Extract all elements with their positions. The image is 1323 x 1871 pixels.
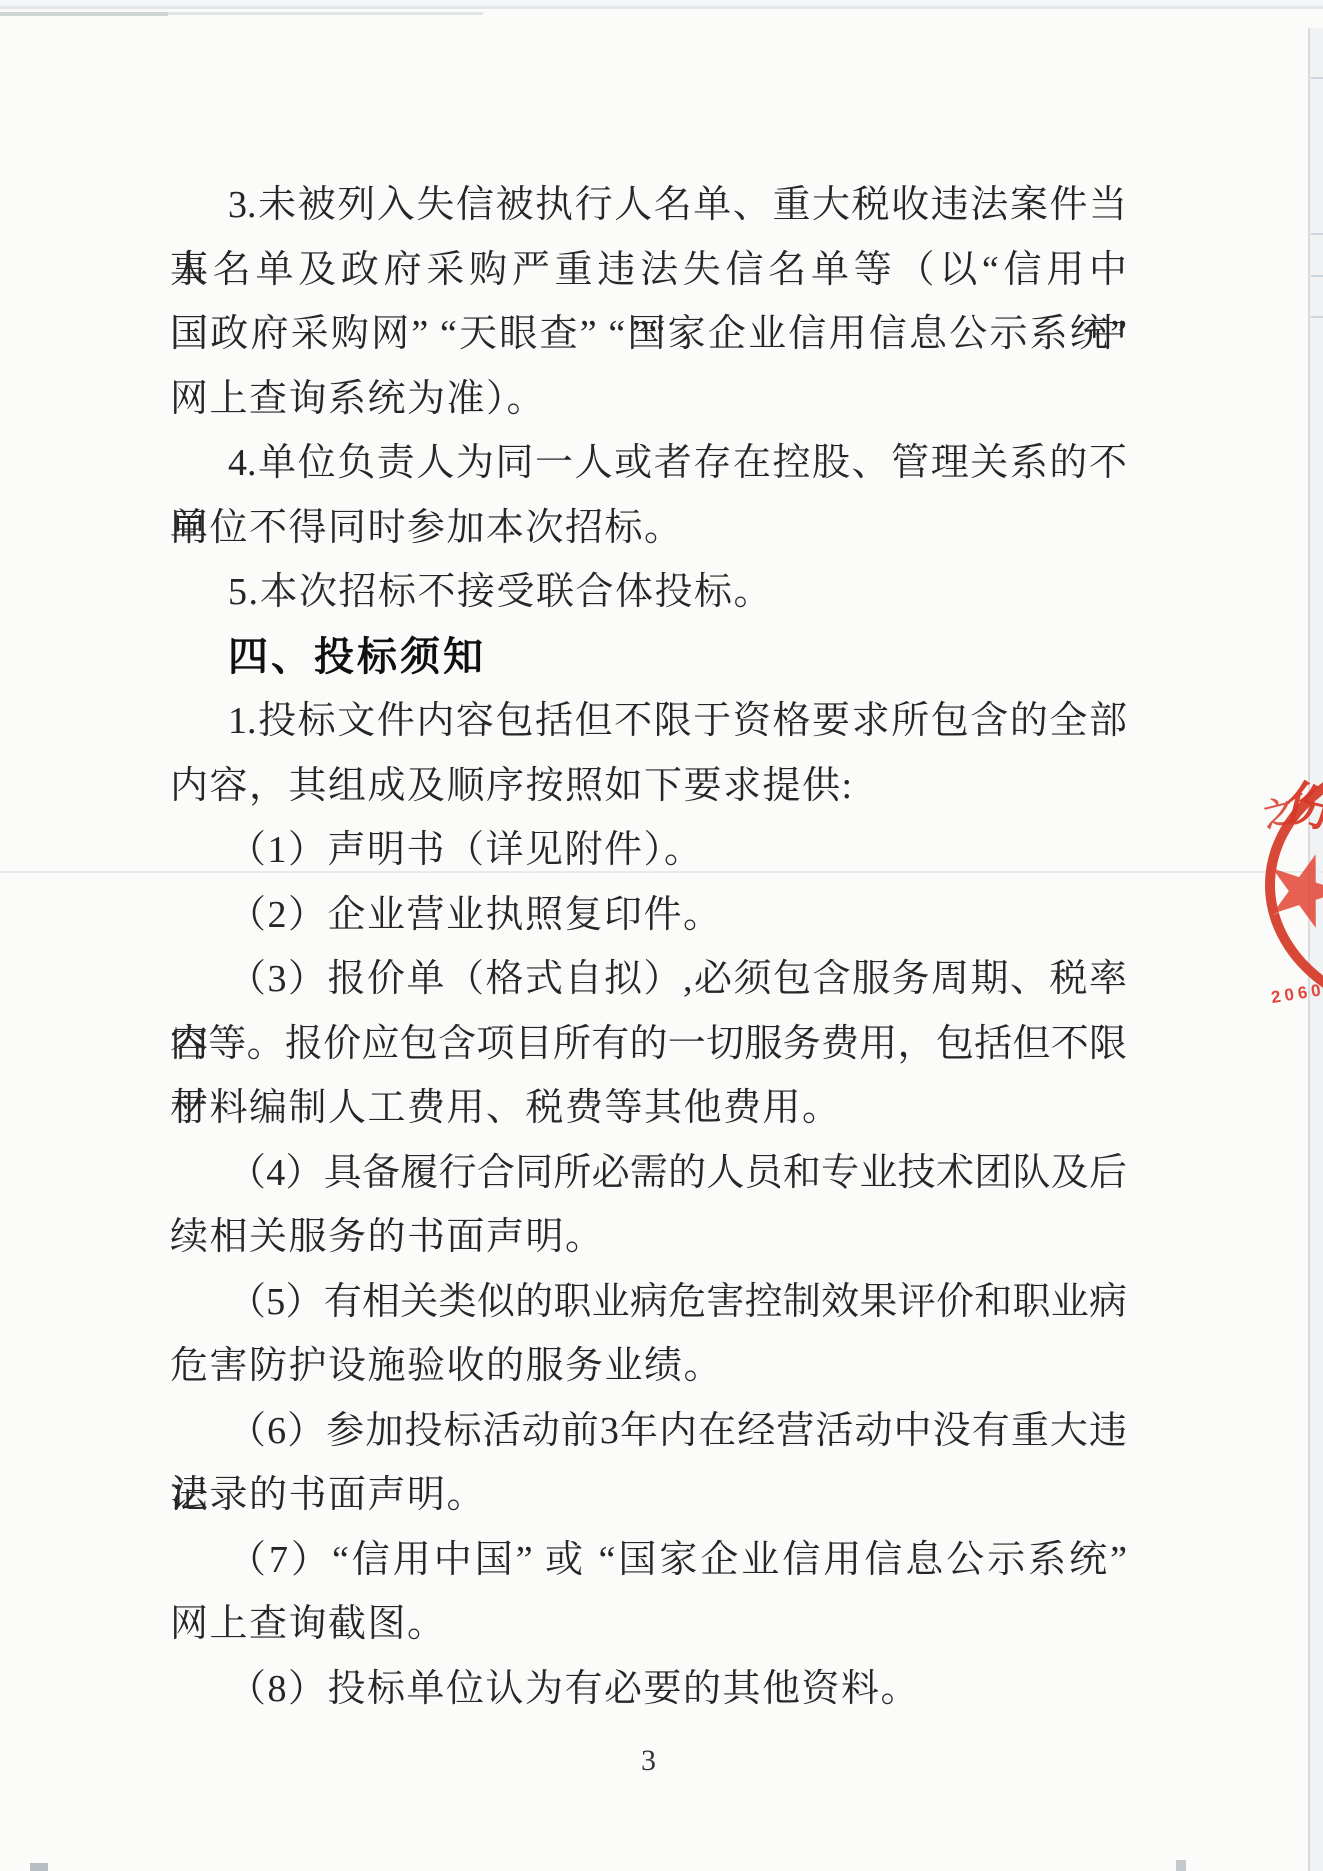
- underlying-page-rule: [1311, 233, 1323, 235]
- scan-edge-bottom-mark: [30, 1863, 48, 1871]
- scan-edge-top-line: [0, 6, 1323, 9]
- underlying-page-rule: [1311, 77, 1323, 79]
- text-line: （6）参加投标活动前3年内在经营活动中没有重大违法: [170, 1399, 1127, 1464]
- text-line: 国政府采购网” “天眼查” “国家企业信用信息公示系统”: [170, 302, 1127, 367]
- scan-edge-top-mark: [0, 12, 168, 16]
- text-line: 人名单及政府采购严重违法失信名单等（以“信用中国”“中: [170, 238, 1127, 303]
- text-line: （2）企业营业执照复印件。: [170, 883, 1127, 948]
- text-line: 网上查询截图。: [170, 1592, 1127, 1657]
- document-body: 3.未被列入失信被执行人名单、重大税收违法案件当事人名单及政府采购严重违法失信名…: [170, 173, 1127, 1721]
- page-number: 3: [170, 1744, 1127, 1778]
- text-line: 1.投标文件内容包括但不限于资格要求所包含的全部: [170, 689, 1127, 754]
- text-line: 5.本次招标不接受联合体投标。: [170, 560, 1127, 625]
- scan-edge-bottom-mark2: [1176, 1860, 1186, 1871]
- text-line: （8）投标单位认为有必要的其他资料。: [170, 1657, 1127, 1722]
- text-line: 记录的书面声明。: [170, 1463, 1127, 1528]
- text-line: （1）声明书（详见附件）。: [170, 818, 1127, 883]
- star-icon: ★: [1248, 829, 1323, 951]
- text-line: 4.单位负责人为同一人或者存在控股、管理关系的不同: [170, 431, 1127, 496]
- text-line: 网上查询系统为准）。: [170, 367, 1127, 432]
- underlying-page-rule: [1311, 275, 1323, 277]
- seal-number: 2060: [1270, 980, 1323, 1008]
- scan-edge-top-mark2: [168, 12, 483, 15]
- text-line: 容等。报价应包含项目所有的一切服务费用，包括但不限于: [170, 1012, 1127, 1077]
- text-line: （4）具备履行合同所必需的人员和专业技术团队及后: [170, 1141, 1127, 1206]
- red-seal-stamp: 之 份 ★ 2060: [1239, 752, 1323, 1024]
- text-line: 材料编制人工费用、税费等其他费用。: [170, 1076, 1127, 1141]
- text-line: 内容，其组成及顺序按照如下要求提供:: [170, 754, 1127, 819]
- section-heading: 四、投标须知: [170, 625, 1127, 690]
- text-line: （3）报价单（格式自拟）,必须包含服务周期、税率内: [170, 947, 1127, 1012]
- text-line: （5）有相关类似的职业病危害控制效果评价和职业病: [170, 1270, 1127, 1335]
- text-line: （7）“信用中国” 或 “国家企业信用信息公示系统”: [170, 1528, 1127, 1593]
- text-line: 续相关服务的书面声明。: [170, 1205, 1127, 1270]
- text-line: 危害防护设施验收的服务业绩。: [170, 1334, 1127, 1399]
- underlying-page-rule: [1311, 316, 1323, 318]
- text-line: 3.未被列入失信被执行人名单、重大税收违法案件当事: [170, 173, 1127, 238]
- text-line: 单位不得同时参加本次招标。: [170, 496, 1127, 561]
